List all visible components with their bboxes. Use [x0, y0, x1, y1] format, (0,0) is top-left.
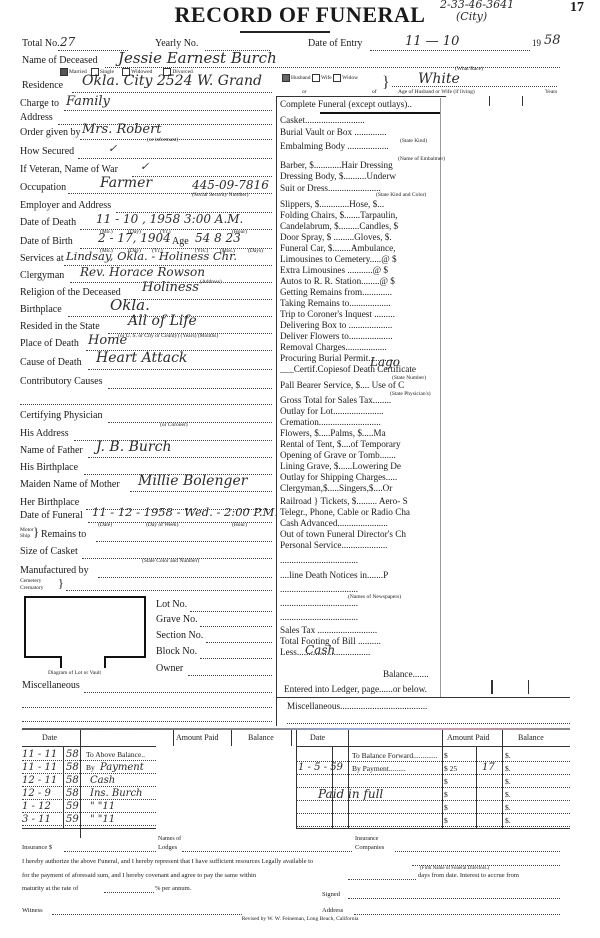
contributory-label: Contributory Causes — [20, 376, 103, 387]
cause-of-death-label: Cause of Death — [20, 357, 82, 368]
employer-label: Employer and Address — [20, 200, 111, 211]
ledger-row-line — [22, 786, 156, 787]
father-line — [88, 457, 272, 458]
year-prefix: 19 — [532, 38, 541, 48]
ledger-row-line — [296, 826, 570, 827]
ledger-left-balance-header: Balance — [248, 733, 274, 742]
charge-line-item[interactable]: Personal Service.................... — [280, 540, 440, 550]
state-kind-caption: (State Kind) — [400, 138, 427, 144]
footer-address-field[interactable] — [354, 914, 560, 915]
block-label: Block No. — [156, 646, 197, 657]
mother-line — [130, 491, 272, 492]
charge-line-item[interactable]: Burial Vault or Box .............. — [280, 127, 440, 137]
revised-credit: Revised by W. W. Feineman, Long Beach, C… — [0, 916, 600, 922]
funeral-caption-hour: (Hour) — [232, 522, 247, 528]
age-value[interactable]: 54 8 23 — [195, 231, 241, 245]
year-value[interactable]: 58 — [544, 33, 561, 48]
charge-to-label: Charge to — [20, 98, 59, 109]
grave-field[interactable] — [200, 626, 272, 627]
date-of-death-value[interactable]: 11 - 10 , 1958 3:00 A.M. — [96, 212, 243, 226]
motor-ship-label: Motor Ship — [20, 527, 34, 539]
total-no-value[interactable]: 27 — [60, 35, 75, 49]
name-label: Name of Deceased — [22, 55, 98, 66]
newspapers-caption: (Names of Newspapers) — [348, 594, 401, 600]
years-caption: Years — [545, 89, 557, 95]
charge-line-item[interactable]: Extra Limousines ...........@ $ — [280, 265, 440, 275]
grave-label: Grave No. — [156, 614, 198, 625]
charge-line-item[interactable]: Out of town Funeral Director's Ch — [280, 529, 440, 539]
tick-mark — [489, 96, 490, 106]
age-label: Age — [172, 236, 189, 247]
casket-caption: (State Color and Number) — [142, 558, 199, 564]
companies-label-2: Companies — [355, 844, 384, 851]
right-column-top-border — [276, 96, 446, 97]
residence-line — [72, 92, 272, 93]
diagram-base-right — [104, 656, 144, 658]
days-field[interactable] — [348, 879, 416, 880]
brace: } — [382, 74, 390, 92]
authorize-text: I hereby authorize the above Funeral, an… — [22, 858, 313, 865]
residence-value[interactable]: Okla. City 2524 W. Grand — [82, 73, 262, 89]
ledger-balance: $. — [505, 751, 511, 760]
or-label: or — [302, 89, 307, 95]
ledger-row-line — [22, 799, 156, 800]
mother-label: Maiden Name of Mother — [20, 479, 120, 490]
interest-rate-field[interactable] — [104, 892, 154, 893]
ledger-desc: Paid in full — [318, 787, 383, 801]
clergyman-value[interactable]: Rev. Horace Rowson — [80, 265, 205, 279]
occupation-line — [68, 193, 272, 194]
section-label: Section No. — [156, 630, 203, 641]
ledger-amount: $ 25 — [444, 764, 457, 773]
funeral-date-value[interactable]: 11 - 12 - 1958 - Wed. - 2:00 P.M. — [92, 505, 278, 519]
lodges-field[interactable] — [182, 851, 352, 852]
certifying-field[interactable] — [108, 422, 272, 423]
ledger-year: 58 — [66, 788, 79, 799]
yearly-no-label: Yearly No. — [155, 38, 198, 49]
occupation-label: Occupation — [20, 182, 66, 193]
section-field[interactable] — [206, 642, 272, 643]
charge-line-item[interactable]: Door Spray, $ .........Gloves, $. — [280, 232, 440, 242]
date-of-death-label: Date of Death — [20, 217, 76, 228]
complete-funeral-underline — [320, 112, 440, 114]
witness-field[interactable] — [52, 914, 242, 915]
owner-field[interactable] — [188, 675, 272, 676]
ledger-right-header-rule — [296, 746, 570, 747]
place-of-death-value[interactable]: Home — [88, 333, 127, 348]
resided-value[interactable]: All of Life — [128, 313, 197, 329]
charge-line-item[interactable]: Lining Grave, $......Lowering De — [280, 461, 440, 471]
state-number-caption: (State Number) — [392, 375, 426, 381]
religion-label: Religion of the Deceased — [20, 287, 121, 298]
charge-line-item[interactable]: Folding Chairs, $.......Tarpaulin, — [280, 210, 440, 220]
address-label: Address — [20, 112, 53, 123]
charge-line-item[interactable]: Limousines to Cemetery.....@ $ — [280, 254, 440, 264]
birthplace-label: Birthplace — [20, 304, 62, 315]
mother-value[interactable]: Millie Bolenger — [138, 473, 247, 489]
charge-line-item[interactable]: ___Certif.Copiesof Death Certificate — [280, 364, 440, 374]
balance-divider — [491, 680, 493, 694]
how-secured-value[interactable]: ✓ — [108, 142, 117, 155]
charge-line-item[interactable]: Railroad } Tickets, $......... Aero- S — [280, 496, 440, 506]
ledger-row-line — [22, 812, 156, 813]
lot-field[interactable] — [190, 611, 272, 612]
funeral-caption-day: (Day of Week) — [146, 522, 178, 528]
tick-mark — [522, 96, 523, 106]
charge-line-item[interactable]: Total Footing of Bill .......... — [280, 636, 440, 646]
date-entry-label: Date of Entry — [308, 38, 362, 49]
misc-field-2[interactable] — [22, 707, 272, 708]
ledger-year: 58 — [66, 762, 79, 773]
funeral-date-label: Date of Funeral — [20, 510, 83, 521]
how-secured-line — [78, 158, 272, 159]
charge-line-item[interactable]: Procuring Burial Permit............ — [280, 353, 440, 363]
father-label: Name of Father — [20, 445, 83, 456]
casket-size-label: Size of Casket — [20, 546, 78, 557]
ledger-row-line — [296, 774, 570, 775]
ledger-right-date-header: Date — [310, 733, 325, 742]
ledger-cents: 17 — [482, 762, 495, 773]
funeral-caption-date: (Date) — [98, 522, 112, 528]
ledger-balance: $. — [505, 816, 511, 825]
ledger-desc: By Payment......... — [352, 764, 406, 773]
remains-to-field[interactable] — [96, 541, 272, 542]
charge-line-item[interactable]: Taking Remains to.................. — [280, 298, 440, 308]
ledger-year: 59 — [66, 814, 79, 825]
insurance-label: Insurance $ — [22, 844, 52, 851]
page-number: 17 — [570, 0, 584, 16]
how-secured-label: How Secured — [20, 146, 74, 157]
lodges-label-1: Names of — [158, 836, 181, 842]
charge-line-item[interactable]: Dressing Body, $..........Underw — [280, 171, 440, 181]
companies-label-1: Insurance — [355, 836, 378, 842]
occupation-value[interactable]: Farmer — [100, 175, 152, 191]
charge-line-item[interactable]: Opening of Grave or Tomb....... — [280, 450, 440, 460]
ledger-year: 59 — [66, 801, 79, 812]
checkbox-widow[interactable]: Widow — [333, 75, 358, 81]
charge-line-item[interactable]: Pall Bearer Service, $.... Use of C — [280, 380, 440, 390]
veteran-line — [132, 176, 272, 177]
manufactured-field[interactable] — [98, 577, 272, 578]
brace: } — [33, 524, 39, 540]
date-of-birth-value[interactable]: 2 - 17, 1904 — [98, 231, 171, 245]
dob-caption-days: (Days) — [248, 248, 263, 254]
right-misc-label: Miscellaneous...........................… — [287, 701, 427, 711]
services-label: Services at — [20, 253, 64, 264]
title-underline — [240, 31, 330, 33]
religion-value[interactable]: Holiness — [142, 280, 199, 295]
resided-caption: (or U. S. or City or County) (Years) (Mo… — [118, 333, 218, 339]
ledger-row-line — [22, 825, 156, 826]
ledger-amount: $ — [444, 803, 448, 812]
ledger-row-line — [296, 800, 570, 801]
lodges-label-2: Lodges — [158, 844, 177, 851]
checkbox-wife[interactable]: Wife — [312, 75, 332, 81]
resided-label: Resided in the State — [20, 321, 100, 332]
contributory-field[interactable] — [108, 388, 272, 389]
birthplace-value[interactable]: Okla. — [110, 296, 150, 314]
certifying-label: Certifying Physician — [20, 410, 103, 421]
charge-line-item[interactable]: Cremation........................... — [280, 417, 440, 427]
right-misc-field[interactable] — [287, 723, 570, 724]
ledger-date: 12 - 9 — [22, 788, 51, 799]
ledger-amount: $ — [444, 751, 448, 760]
ledger-row-line — [296, 813, 570, 814]
charge-line-item[interactable]: Candelabrum, $.........Candles, $ — [280, 221, 440, 231]
lot-label: Lot No. — [156, 599, 187, 610]
ledger-entry-label: Entered into Ledger, page......or below. — [284, 684, 427, 694]
diagram-caption: Diagram of Lot or Vault — [48, 670, 101, 676]
ledger-left-year-divider — [63, 746, 64, 828]
charge-line-item[interactable]: Deliver Flowers to................... — [280, 331, 440, 341]
ssn-value[interactable]: 445-09-7816 — [192, 178, 269, 192]
ledger-desc: To Above Balance.. — [86, 750, 145, 759]
physician-caption: (State Physician's) — [390, 391, 431, 397]
per-annum-text: % per annum. — [155, 885, 191, 892]
order-given-label: Order given by — [20, 127, 81, 138]
ledger-right-amount-header: Amount Paid — [447, 733, 489, 742]
ledger-date: 3 - 11 — [22, 814, 51, 825]
services-value[interactable]: Lindsay, Okla. - Holiness Chr. — [66, 249, 237, 263]
ledger-balance: $. — [505, 777, 511, 786]
signed-label: Signed — [322, 891, 340, 898]
charge-line-item[interactable]: Cash Advanced...................... — [280, 518, 440, 528]
coroner-caption: (or Coroner) — [160, 422, 188, 428]
charge-line-item[interactable]: Getting Remains from............. — [280, 287, 440, 297]
cause-of-death-value[interactable]: Heart Attack — [96, 350, 187, 366]
embalmer-caption: (Name of Embalmer) — [398, 156, 445, 162]
checkbox-husband[interactable]: Husband — [282, 75, 311, 81]
diagram-base-left — [24, 656, 62, 658]
charge-line-item[interactable]: .................................. — [280, 555, 440, 565]
ledger-left-bottom-rule — [22, 828, 156, 829]
ledger-left-divider — [291, 730, 292, 746]
ledger-date: 1 - 12 — [22, 801, 51, 812]
veteran-label: If Veteran, Name of War — [20, 164, 118, 175]
charge-line-item[interactable]: .................................. — [280, 584, 440, 594]
payment-text: for the payment of aforesaid sum, and I … — [22, 872, 256, 879]
ledger-handwritten: " "11 — [90, 814, 115, 825]
of-label: of — [372, 89, 377, 95]
misc-field-3[interactable] — [22, 721, 272, 722]
remains-to-label: Remains to — [41, 529, 86, 540]
cause-line — [88, 369, 272, 370]
balance-label: Balance....... — [383, 669, 429, 679]
ledger-desc: By — [86, 763, 95, 772]
firm-caption: (Firm Name of Funeral Directors.) — [420, 866, 489, 871]
charge-line-item[interactable]: ....line Death Notices in.......P — [280, 570, 440, 580]
balance-divider — [528, 680, 529, 694]
manufactured-label: Manufactured by — [20, 565, 89, 576]
ledger-year: 58 — [66, 749, 79, 760]
race-line — [392, 86, 557, 87]
ledger-year: 58 — [66, 775, 79, 786]
ledger-amount: $ — [444, 790, 448, 799]
spouse-checkboxes: Husband Wife Widow — [282, 74, 358, 82]
misc-top-border — [276, 697, 570, 698]
witness-label: Witness — [22, 907, 43, 914]
date-entry-value[interactable]: 11 — 10 — [405, 34, 459, 49]
charge-line-item[interactable]: Outlay for Lot...................... — [280, 406, 440, 416]
ledger-right-balance-header: Balance — [518, 733, 544, 742]
charge-line-item[interactable]: Funeral Car, $........Ambulance, — [280, 243, 440, 253]
misc-label: Miscellaneous — [22, 680, 80, 691]
crematory-label: Crematory — [20, 585, 44, 591]
ledger-handwritten: Cash — [90, 775, 115, 786]
ledger-date: 11 - 11 — [22, 762, 57, 773]
order-given-line — [80, 139, 272, 140]
ledger-handwritten: Payment — [100, 762, 144, 773]
date-entry-line — [370, 50, 530, 51]
her-birthplace-label: Her Birthplace — [20, 497, 79, 508]
signature-field[interactable] — [348, 898, 560, 899]
age-spouse-caption: Age of Husband or Wife (if living) — [398, 89, 475, 95]
footer-address-label: Address — [322, 907, 343, 914]
ledger-desc: To Balance Forward............. — [352, 751, 438, 760]
ledger-amount: $ — [444, 816, 448, 825]
block-field[interactable] — [200, 658, 272, 659]
charge-line-item[interactable]: Trip to Coroner's Inquest ......... — [280, 309, 440, 319]
order-given-value[interactable]: Mrs. Robert — [82, 122, 162, 137]
ledger-handwritten: Ins. Burch — [90, 788, 143, 799]
corner-note-city: (City) — [456, 10, 487, 23]
maturity-text: maturity at the rate of — [22, 885, 78, 892]
ledger-left-header-rule — [22, 746, 156, 747]
total-no-label: Total No. — [22, 38, 60, 49]
cemetery-label: Cemetery — [20, 578, 41, 584]
charge-line-item[interactable]: Outlay for Shipping Charges..... — [280, 472, 440, 482]
less-value[interactable]: Cash — [305, 643, 335, 657]
charge-line-item[interactable]: Flowers, $.....Palms, $.....Ma — [280, 428, 440, 438]
days-text: days from date. Interest to accrue from — [418, 872, 519, 879]
veteran-value[interactable]: ✓ — [140, 160, 149, 173]
ledger-left-divider — [173, 730, 174, 746]
charge-line-item[interactable]: Clergyman,$.....Singers,$....Or — [280, 483, 440, 493]
ledger-date: 11 - 11 — [22, 749, 57, 760]
charge-line-item[interactable]: Sales Tax .......................... — [280, 625, 440, 635]
owner-label: Owner — [156, 663, 183, 674]
charge-to-value[interactable]: Family — [66, 94, 110, 109]
charge-line-item[interactable]: Telegr., Phone, Cable or Radio Cha — [280, 507, 440, 517]
his-address-label: His Address — [20, 428, 69, 439]
charge-line-item[interactable]: Slippers, $.............Hose, $... — [280, 199, 440, 209]
right-column-border — [276, 96, 277, 726]
charge-line-item[interactable]: Autos to R. R. Station........@ $ — [280, 276, 440, 286]
brace: } — [58, 576, 64, 591]
ledger-right-bottom-rule — [296, 828, 570, 829]
charge-line-item[interactable]: Complete Funeral (except outlays).. — [280, 99, 440, 109]
contributory-field-2[interactable] — [20, 404, 272, 405]
charge-line-item[interactable]: Casket.......................... — [280, 115, 440, 125]
clergyman-label: Clergyman — [20, 270, 64, 281]
ledger-balance: $. — [505, 764, 511, 773]
misc-field[interactable] — [84, 692, 272, 693]
informant-caption: (or informant) — [147, 137, 178, 143]
insurance-field[interactable] — [64, 851, 156, 852]
charge-to-line — [64, 110, 272, 111]
cemetery-field[interactable] — [66, 590, 272, 591]
charge-line-item[interactable]: Delivering Box to ................... — [280, 320, 440, 330]
charge-line-item[interactable]: Removal Charges.................. — [280, 342, 440, 352]
ledger-balance: $. — [505, 790, 511, 799]
name-value[interactable]: Jessie Earnest Burch — [118, 49, 277, 67]
ledger-amount: $ — [444, 777, 448, 786]
charge-line-item[interactable]: .................................. — [280, 612, 440, 622]
ledger-date: 12 - 11 — [22, 775, 57, 786]
lot-diagram-box — [24, 596, 146, 658]
place-of-death-label: Place of Death — [20, 338, 79, 349]
ledger-handwritten: " "11 — [90, 801, 115, 812]
residence-label: Residence — [22, 80, 63, 91]
ledger-left-amount-header: Amount Paid — [176, 733, 218, 742]
ledger-left-divider — [231, 730, 232, 746]
his-birthplace-label: His Birthplace — [20, 462, 78, 473]
companies-field[interactable] — [395, 851, 560, 852]
kind-color-caption: (State Kind and Color) — [376, 192, 426, 198]
ledger-balance: $. — [505, 803, 511, 812]
father-value[interactable]: J. B. Burch — [96, 439, 171, 455]
ledger-date: 1 - 5 - 59 — [298, 762, 343, 773]
removal-value[interactable]: Lago — [370, 355, 400, 369]
ledger-row-line — [22, 760, 156, 761]
charge-line-item[interactable]: Rental of Tent, $....of Temporary — [280, 439, 440, 449]
diagram-post-right — [104, 656, 106, 668]
amount-column-edge — [440, 98, 441, 698]
charge-line-item[interactable]: Less................................ — [280, 647, 440, 657]
diagram-post-left — [60, 656, 62, 668]
ledger-left-date-header: Date — [42, 733, 57, 742]
race-value[interactable]: White — [418, 71, 460, 87]
ledger-row-line — [22, 773, 156, 774]
date-of-birth-label: Date of Birth — [20, 236, 73, 247]
